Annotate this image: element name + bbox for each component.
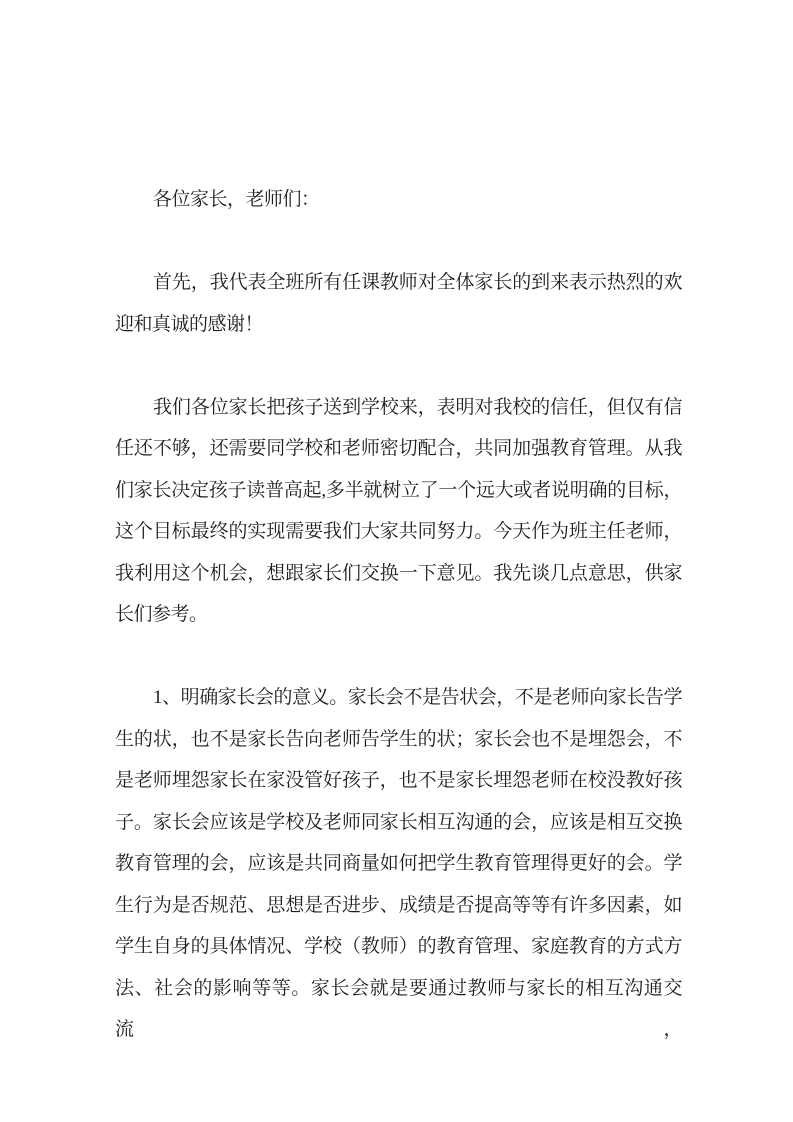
text-line: 这个目标最终的实现需要我们大家共同努力。今天作为班主任老师， (115, 511, 682, 553)
text-line: 我利用这个机会，想跟家长们交换一下意见。我先谈几点意思，供家 (115, 553, 682, 595)
text-line: 教育管理的会，应该是共同商量如何把学生教育管理得更好的会。学 (115, 843, 682, 885)
text-line: 任还不够，还需要同学校和老师密切配合，共同加强教育管理。从我 (115, 428, 682, 470)
text-line: 学生自身的具体情况、学校（教师）的教育管理、家庭教育的方式方 (115, 926, 682, 968)
text-line: 1、明确家长会的意义。家长会不是告状会，不是老师向家长告学 (115, 677, 682, 719)
text-line: 是老师埋怨家长在家没管好孩子，也不是家长埋怨老师在校没教好孩 (115, 760, 682, 802)
text-line: 长们参考。 (115, 594, 682, 636)
text-line: 生的状，也不是家长告向老师告学生的状；家长会也不是埋怨会，不 (115, 719, 682, 761)
text-line: 我们各位家长把孩子送到学校来，表明对我校的信任，但仅有信 (115, 387, 682, 429)
paragraph-4-numbered-point: 1、明确家长会的意义。家长会不是告状会，不是老师向家长告学生的状，也不是家长告向… (115, 677, 682, 1051)
text-line: 各位家长，老师们： (115, 179, 682, 221)
text-line: 首先，我代表全班所有任课教师对全体家长的到来表示热烈的欢 (115, 262, 682, 304)
text-line: 们家长决定孩子读普高起,多半就树立了一个远大或者说明确的目标， (115, 470, 682, 512)
paragraph-3-body: 我们各位家长把孩子送到学校来，表明对我校的信任，但仅有信任还不够，还需要同学校和… (115, 387, 682, 636)
paragraph-1-salutation: 各位家长，老师们： (115, 179, 682, 221)
text-line: 迎和真诚的感谢！ (115, 304, 682, 346)
paragraph-2-body: 首先，我代表全班所有任课教师对全体家长的到来表示热烈的欢迎和真诚的感谢！ (115, 262, 682, 345)
text-line: 子。家长会应该是学校及老师同家长相互沟通的会，应该是相互交换 (115, 802, 682, 844)
text-line: 法、社会的影响等等。家长会就是要通过教师与家长的相互沟通交流， (115, 968, 682, 1051)
document-page: 各位家长，老师们：首先，我代表全班所有任课教师对全体家长的到来表示热烈的欢迎和真… (0, 0, 793, 1122)
text-line: 生行为是否规范、思想是否进步、成绩是否提高等等有许多因素，如 (115, 885, 682, 927)
document-text-body: 各位家长，老师们：首先，我代表全班所有任课教师对全体家长的到来表示热烈的欢迎和真… (115, 179, 682, 1092)
